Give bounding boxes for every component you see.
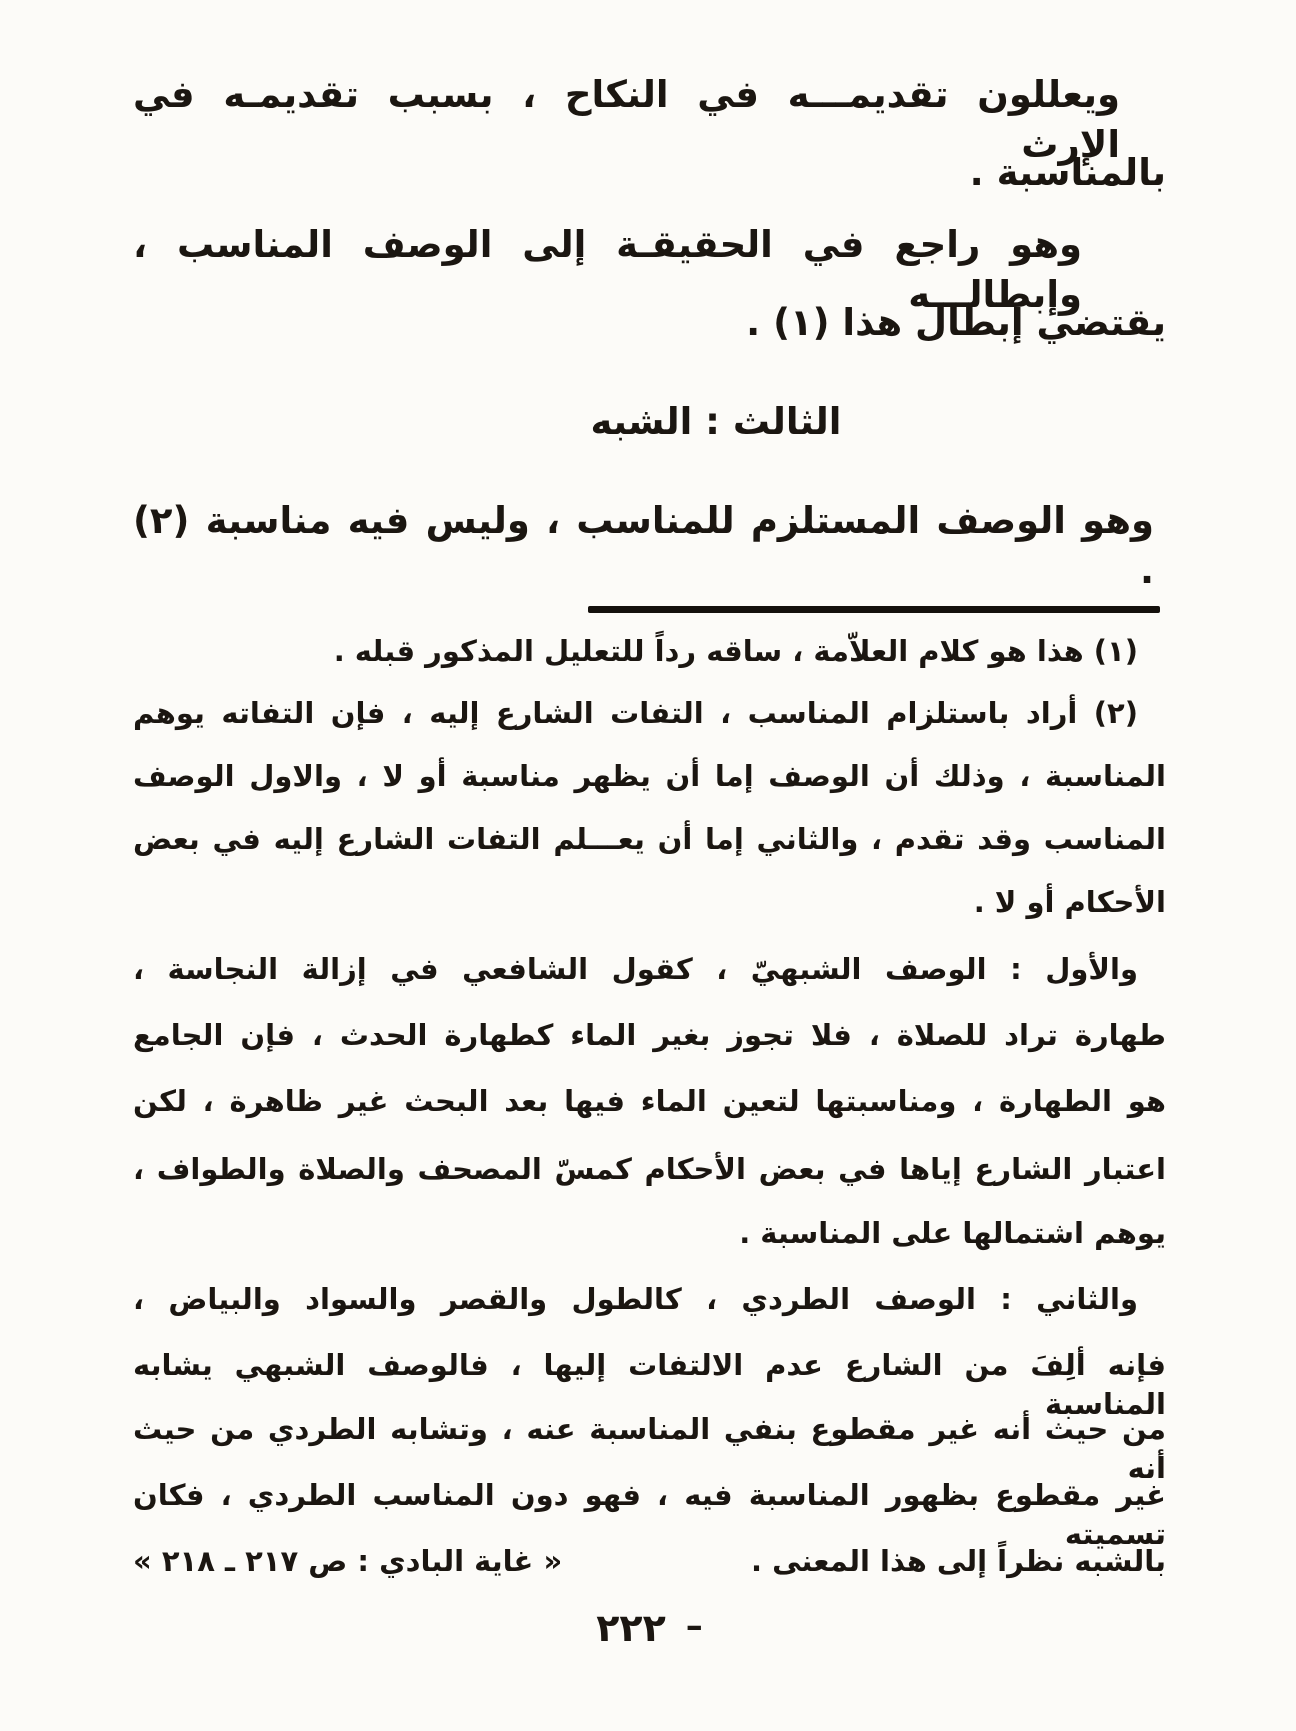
page-number-digits: ٢٢٢ [596, 1606, 666, 1650]
footnote-2-line: الأحكام أو لا . [133, 883, 1166, 922]
body-paragraph1-line2: بالمناسبة . [133, 148, 1166, 198]
page-number: ٢٢٢ – [133, 1606, 1166, 1650]
footnote-2-line: المناسبة ، وذلك أن الوصف إما أن يظهر منا… [133, 757, 1166, 796]
footnote-2-line: طهارة تراد للصلاة ، فلا تجوز بغير الماء … [133, 1016, 1166, 1055]
section-heading: الثالث : الشبه [266, 398, 1166, 446]
footnote-2-line: (٢) أراد باستلزام المناسب ، التفات الشار… [133, 694, 1166, 733]
body-paragraph3-line1: وهو الوصف المستلزم للمناسب ، وليس فيه من… [133, 496, 1166, 596]
body-paragraph2-line2: يقتضي إبطال هذا (١) . [133, 298, 1166, 348]
reference-citation: « غاية البادي : ص ٢١٧ ـ ٢١٨ » [133, 1542, 562, 1581]
footnote-separator-rule [588, 606, 1160, 613]
footnote-2-line: هو الطهارة ، ومناسبتها لتعين الماء فيها … [133, 1082, 1166, 1121]
book-page: ويعللون تقديمـــه في النكاح ، بسبب تقديم… [0, 0, 1296, 1731]
footnote-2-line: المناسب وقد تقدم ، والثاني إما أن يعـــل… [133, 820, 1166, 859]
footnote-2-line: والثاني : الوصف الطردي ، كالطول والقصر و… [133, 1280, 1166, 1319]
page-number-dash: – [686, 1606, 703, 1646]
footnote-2-line: بالشبه نظراً إلى هذا المعنى . [751, 1542, 1166, 1581]
footnote-2-line: اعتبار الشارع إياها في بعض الأحكام كمسّ … [133, 1150, 1166, 1189]
footnote-2-last-row: بالشبه نظراً إلى هذا المعنى . « غاية الب… [133, 1542, 1166, 1581]
footnote-2-line: يوهم اشتمالها على المناسبة . [133, 1214, 1166, 1253]
footnote-2-line: والأول : الوصف الشبهيّ ، كقول الشافعي في… [133, 950, 1166, 989]
footnote-1: (١) هذا هو كلام العلاّمة ، ساقه رداً للت… [133, 632, 1166, 671]
